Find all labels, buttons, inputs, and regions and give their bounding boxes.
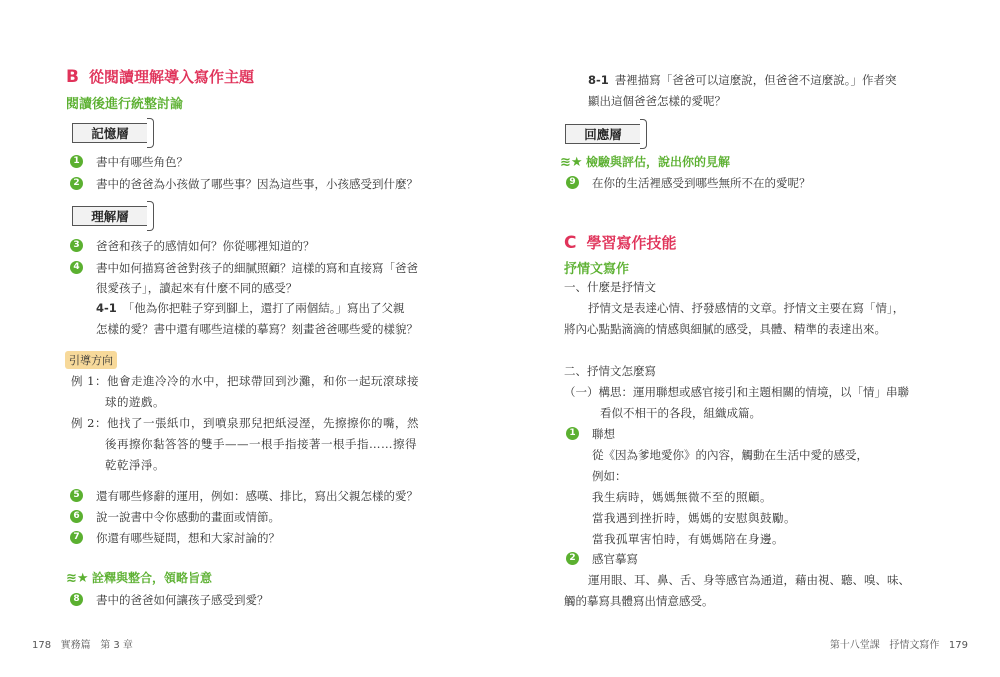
- heading-text: 檢驗與評估，說出你的見解: [586, 155, 730, 169]
- item-line: 從《因為爹地愛你》的內容，觸動在生活中愛的感受，: [592, 446, 868, 464]
- question-text: 還有哪些修辭的運用，例如：感嘆、排比，寫出父親怎樣的愛？: [96, 487, 418, 505]
- question-text-line: 書中如何描寫爸爸對孩子的細膩照顧？這樣的寫和直接寫「爸爸: [96, 259, 418, 277]
- chapter-name: 第 3 章: [100, 640, 133, 651]
- question-text: 書中的爸爸如何讓孩子感受到愛？: [96, 591, 269, 609]
- concept-line: （一）構思：運用聯想或感官接引和主題相關的情境，以「情」串聯: [564, 383, 909, 401]
- example-line: 當我孤單害怕時，有媽媽陪在身邊。: [592, 530, 784, 548]
- guide-tag: 引導方向: [65, 351, 117, 369]
- number-badge-icon: 1: [70, 155, 83, 168]
- example-label: 例 2：: [71, 416, 107, 430]
- question-text-line: 很愛孩子」，讀起來有什麼不同的感受？: [96, 279, 297, 297]
- scroll-curl-icon: [147, 201, 154, 231]
- page-number: 179: [949, 640, 968, 651]
- number-badge-icon: 4: [70, 261, 83, 274]
- example-line: 乾乾淨淨。: [105, 456, 165, 474]
- section-letter: C: [564, 233, 576, 253]
- number-badge-icon: 6: [70, 510, 83, 523]
- section-subtitle: 抒情文寫作: [564, 258, 629, 277]
- question-text: 你還有哪些疑問，想和大家討論的？: [96, 529, 280, 547]
- question-text: 書中的爸爸為小孩做了哪些事？因為這些事，小孩感受到什麼？: [96, 175, 418, 193]
- question-4-1: 4-1「他為你把鞋子穿到腳上，還打了兩個結。」寫出了父親: [96, 299, 405, 317]
- part1-line: 將內心點點滴滴的情感與細膩的感受，具體、精準的表達出來。: [564, 320, 886, 338]
- part2-heading: 二、抒情文怎麼寫: [564, 362, 656, 380]
- tag-label: 理解層: [91, 207, 129, 225]
- left-footer: 178 實務篇 第 3 章: [32, 636, 133, 651]
- scroll-curl-icon: [147, 118, 154, 148]
- question-text: 爸爸和孩子的感情如何？你從哪裡知道的？: [96, 237, 315, 255]
- part-name: 實務篇: [61, 640, 91, 651]
- number-badge-icon: 3: [70, 239, 83, 252]
- section-b-heading: B從閱讀理解導入寫作主題: [66, 66, 254, 87]
- number-badge-icon: 1: [566, 427, 579, 440]
- example-line: 球的遊戲。: [105, 393, 165, 411]
- comprehension-level-tag: 理解層: [72, 206, 148, 226]
- item-line: 運用眼、耳、鼻、舌、身等感官為通道，藉由視、聽、嗅、味、: [588, 571, 910, 589]
- interpret-heading: ≋★詮釋與整合，領略旨意: [66, 569, 212, 586]
- sub-question-line: 怎樣的愛？書中還有哪些這樣的摹寫？刻畫爸爸哪些愛的樣貌？: [96, 320, 418, 338]
- number-badge-icon: 5: [70, 489, 83, 502]
- part1-heading: 一、什麼是抒情文: [564, 278, 656, 296]
- example-line: 當我遇到挫折時，媽媽的安慰與鼓勵。: [592, 509, 796, 527]
- topic-name: 抒情文寫作: [889, 640, 939, 651]
- response-level-tag: 回應層: [565, 124, 641, 144]
- concept-line: 看似不相干的各段，組織成篇。: [600, 404, 761, 422]
- section-letter: B: [66, 67, 79, 87]
- example-2: 例 2：他找了一張紙巾，到噴泉那兒把紙浸溼，先擦擦你的嘴，然: [71, 414, 419, 432]
- section-c-heading: C學習寫作技能: [564, 232, 677, 253]
- item-line: 觸的摹寫具體寫出情意感受。: [564, 592, 714, 610]
- section-title: 學習寫作技能: [586, 234, 676, 252]
- number-badge-icon: 2: [70, 177, 83, 190]
- question-text: 書中有哪些角色？: [96, 153, 188, 171]
- example-label: 例 1：: [71, 374, 107, 388]
- right-page: 8-1書裡描寫「爸爸可以這麼說，但爸爸不這麼說。」作者突 顯出這個爸爸怎樣的愛呢…: [500, 0, 1000, 677]
- sub-question-number: 8-1: [588, 73, 609, 87]
- shooting-star-icon: ≋★: [560, 155, 582, 170]
- shooting-star-icon: ≋★: [66, 571, 88, 586]
- example-line: 他找了一張紙巾，到噴泉那兒把紙浸溼，先擦擦你的嘴，然: [107, 416, 419, 430]
- question-text: 在你的生活裡感受到哪些無所不在的愛呢？: [592, 174, 811, 192]
- example-line: 後再擦你黏答答的雙手——一根手指接著一根手指……擦得: [105, 435, 417, 453]
- question-8-1: 8-1書裡描寫「爸爸可以這麼說，但爸爸不這麼說。」作者突: [588, 71, 897, 89]
- concept-label: （一）: [564, 385, 599, 399]
- number-badge-icon: 8: [70, 593, 83, 606]
- example-line: 他會走進冷冷的水中，把球帶回到沙灘，和你一起玩滾球接: [107, 374, 419, 388]
- question-text: 說一說書中令你感動的畫面或情節。: [96, 508, 280, 526]
- part1-line: 抒情文是表達心情、抒發感情的文章。抒情文主要在寫「情」，: [588, 299, 904, 317]
- tag-label: 記憶層: [91, 124, 129, 142]
- item-line: 例如：: [592, 467, 627, 485]
- number-badge-icon: 9: [566, 176, 579, 189]
- page-number: 178: [32, 640, 51, 651]
- right-footer: 第十八堂課 抒情文寫作 179: [830, 636, 968, 651]
- number-badge-icon: 7: [70, 531, 83, 544]
- lesson-name: 第十八堂課: [830, 640, 880, 651]
- sub-question-line: 書裡描寫「爸爸可以這麼說，但爸爸不這麼說。」作者突: [615, 73, 897, 87]
- scroll-curl-icon: [640, 119, 647, 149]
- number-badge-icon: 2: [566, 552, 579, 565]
- item-title: 感官摹寫: [592, 550, 638, 568]
- memory-level-tag: 記憶層: [72, 123, 148, 143]
- tag-label: 回應層: [584, 125, 622, 143]
- concept-text: 構思：運用聯想或感官接引和主題相關的情境，以「情」串聯: [599, 385, 910, 399]
- sub-question-number: 4-1: [96, 301, 117, 315]
- example-line: 我生病時，媽媽無微不至的照顧。: [592, 488, 772, 506]
- item-title: 聯想: [592, 425, 615, 443]
- heading-text: 詮釋與整合，領略旨意: [92, 571, 212, 585]
- evaluate-heading: ≋★檢驗與評估，說出你的見解: [560, 153, 730, 170]
- example-1: 例 1：他會走進冷冷的水中，把球帶回到沙灘，和你一起玩滾球接: [71, 372, 419, 390]
- sub-question-line: 顯出這個爸爸怎樣的愛呢？: [588, 92, 726, 110]
- left-page: B從閱讀理解導入寫作主題 閱讀後進行統整討論 記憶層 1 書中有哪些角色？ 2 …: [0, 0, 500, 677]
- section-title: 從閱讀理解導入寫作主題: [89, 68, 254, 86]
- sub-question-line: 「他為你把鞋子穿到腳上，還打了兩個結。」寫出了父親: [123, 301, 405, 315]
- section-subtitle: 閱讀後進行統整討論: [66, 93, 183, 112]
